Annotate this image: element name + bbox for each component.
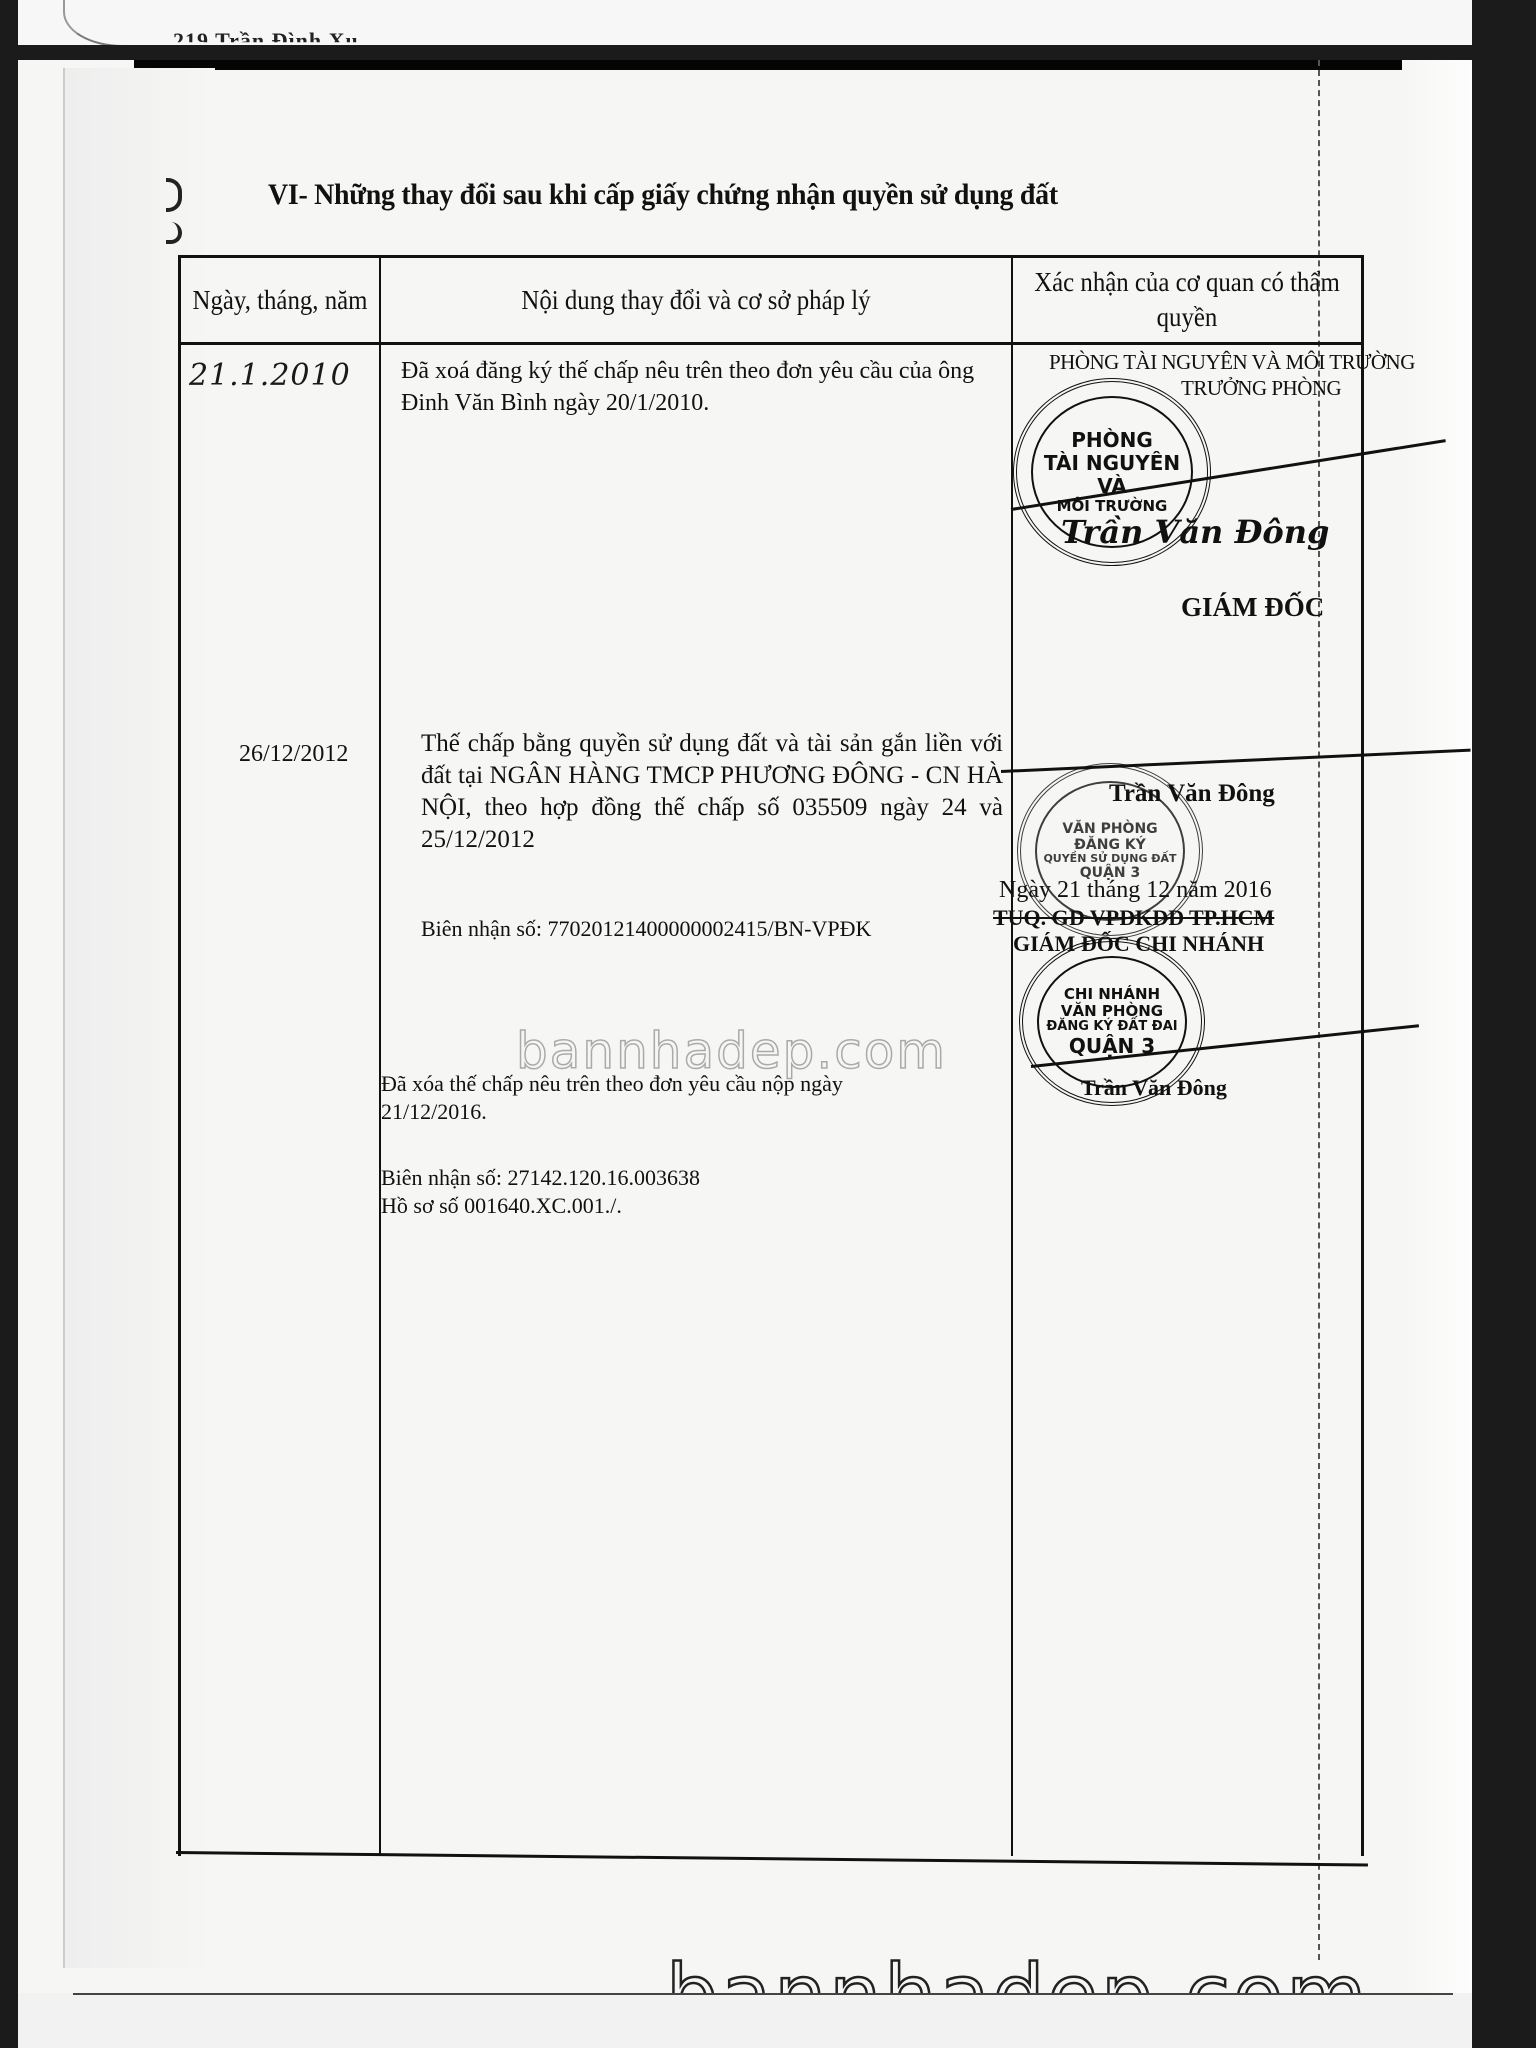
row2-date: 26/12/2012 — [239, 738, 348, 770]
row2-authority-title: GIÁM ĐỐC — [1181, 591, 1324, 623]
stamp-line: QUYỀN SỬ DỤNG ĐẤT — [1043, 853, 1176, 866]
document-page: VI- Những thay đổi sau khi cấp giấy chứn… — [18, 60, 1472, 1993]
section-title: VI- Những thay đổi sau khi cấp giấy chứn… — [268, 178, 1058, 212]
column-divider — [379, 258, 381, 1856]
row3-file-number: Hồ sơ số 001640.XC.001./. — [381, 1192, 700, 1220]
page-top-edge — [134, 60, 1472, 70]
header-divider — [181, 342, 1361, 345]
stamp-line: TÀI NGUYÊN — [1044, 452, 1180, 475]
row2-content: Thế chấp bằng quyền sử dụng đất và tài s… — [421, 728, 1003, 856]
stamp-line: VĂN PHÒNG — [1061, 1003, 1163, 1020]
row3-receipt: Biên nhận số: 27142.120.16.003638 Hồ sơ … — [381, 1164, 700, 1220]
row1-authority-title: TRƯỞNG PHÒNG — [1181, 372, 1341, 404]
previous-page-edge: 219 Trần Đình Xu... — [18, 0, 1472, 45]
header-content: Nội dung thay đổi và cơ sở pháp lý — [406, 258, 986, 342]
row3-receipt-number: Biên nhận số: 27142.120.16.003638 — [381, 1164, 700, 1192]
watermark-center: bannhadep.com — [516, 1022, 947, 1080]
page-edge-line — [73, 1993, 1453, 1995]
signature-stroke — [1001, 749, 1471, 773]
stamp-line: ĐĂNG KÝ ĐẤT ĐAI — [1046, 1020, 1177, 1035]
stamp-line: CHI NHÁNH — [1064, 986, 1160, 1003]
row1-content: Đã xoá đăng ký thế chấp nêu trên theo đơ… — [401, 355, 1011, 419]
row1-signer: Trần Văn Đông — [1061, 516, 1329, 548]
table-bottom-border — [176, 1851, 1368, 1866]
header-date: Ngày, tháng, năm — [189, 258, 371, 342]
row1-date: 21.1.2010 — [189, 358, 351, 393]
stamp-line: ĐĂNG KÝ — [1074, 837, 1146, 853]
header-authority: Xác nhận của cơ quan có thẩm quyền — [1027, 258, 1347, 342]
row2-receipt: Biên nhận số: 77020121400000002415/BN-VP… — [421, 913, 871, 945]
row2-signer: Trần Văn Đông — [1109, 778, 1275, 810]
column-divider — [1011, 258, 1013, 1856]
row3-signer: Trần Văn Đông — [1081, 1072, 1227, 1104]
stamp-line: VĂN PHÒNG — [1062, 821, 1157, 837]
next-page-edge — [18, 1993, 1472, 2048]
watermark-bottom: bannhadep.com — [666, 1948, 1369, 1993]
stamp-line: PHÒNG — [1071, 429, 1153, 452]
